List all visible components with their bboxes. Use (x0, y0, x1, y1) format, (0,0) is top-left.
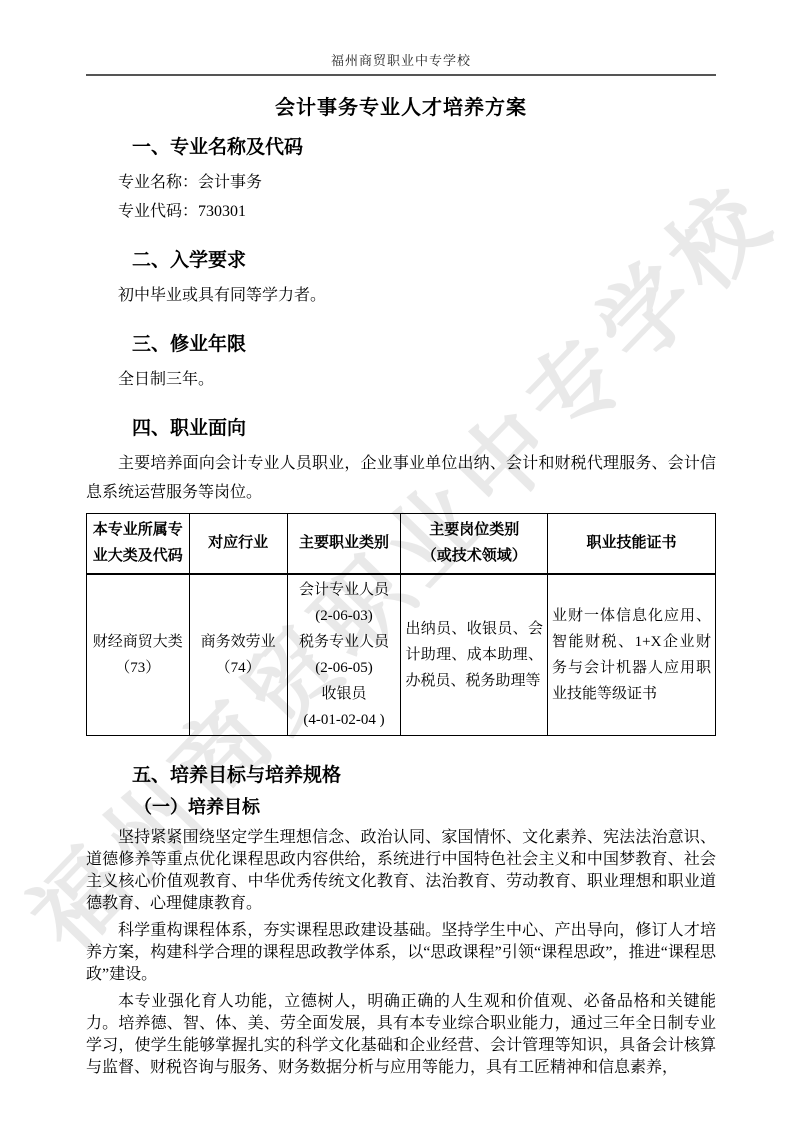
page-number: 1 (0, 1038, 794, 1054)
career-table-body: 财经商贸大类 （73） 商务效劳业 （74） 会计专业人员 (2-06-03) … (87, 574, 716, 736)
training-goal-paragraph-2: 科学重构课程体系，夯实课程思政建设基础。坚持学生中心、产出导向，修订人才培养方案… (86, 920, 716, 986)
table-row: 财经商贸大类 （73） 商务效劳业 （74） 会计专业人员 (2-06-03) … (87, 574, 716, 736)
section-4-heading: 四、职业面向 (132, 417, 716, 441)
document-page: 福州商贸职业中专学校 福州商贸职业中专学校 会计事务专业人才培养方案 一、专业名… (0, 0, 794, 1123)
cell-major-category: 财经商贸大类 （73） (87, 574, 190, 736)
training-goal-paragraph-1: 坚持紧紧围绕坚定学生理想信念、政治认同、家国情怀、文化素养、宪法法治意识、道德修… (86, 827, 716, 915)
study-duration-line: 全日制三年。 (86, 365, 716, 394)
cell-occupation-type: 会计专业人员 (2-06-03) 税务专业人员 (2-06-05) 收银员 (4… (287, 574, 401, 736)
training-goal-paragraph-3: 本专业强化育人功能，立德树人，明确正确的人生观和价值观、必备品格和关键能力。培养… (86, 991, 716, 1079)
section-5-heading: 五、培养目标与培养规格 (132, 764, 716, 788)
document-title: 会计事务专业人才培养方案 (86, 91, 716, 120)
section-1-heading: 一、专业名称及代码 (132, 136, 716, 160)
section-3-heading: 三、修业年限 (132, 333, 716, 357)
section-2-heading: 二、入学要求 (132, 249, 716, 273)
header-certificate: 职业技能证书 (548, 514, 716, 574)
cell-post-type: 出纳员、收银员、会计助理、成本助理、办税员、税务助理等 (401, 574, 548, 736)
cell-industry: 商务效劳业 （74） (189, 574, 287, 736)
header-occupation-type: 主要职业类别 (287, 514, 401, 574)
header-post-type: 主要岗位类别 （或技术领域） (401, 514, 548, 574)
header-major-category: 本专业所属专业大类及代码 (87, 514, 190, 574)
document-content: 福州商贸职业中专学校 会计事务专业人才培养方案 一、专业名称及代码 专业名称：会… (0, 0, 794, 1079)
career-table-header-row: 本专业所属专业大类及代码 对应行业 主要职业类别 主要岗位类别 （或技术领域） … (87, 514, 716, 574)
career-orientation-paragraph: 主要培养面向会计专业人员职业，企业事业单位出纳、会计和财税代理服务、会计信息系统… (86, 449, 716, 507)
major-code-line: 专业代码：730301 (86, 197, 716, 226)
header-industry: 对应行业 (189, 514, 287, 574)
section-5-sub-heading: （一）培养目标 (134, 796, 716, 819)
entry-requirement-line: 初中毕业或具有同等学力者。 (86, 281, 716, 310)
page-header-school-name: 福州商贸职业中专学校 (86, 0, 716, 76)
major-name-line: 专业名称：会计事务 (86, 168, 716, 197)
career-orientation-table: 本专业所属专业大类及代码 对应行业 主要职业类别 主要岗位类别 （或技术领域） … (86, 513, 716, 736)
cell-certificate: 业财一体信息化应用、智能财税、1+X企业财务与会计机器人应用职业技能等级证书 (548, 574, 716, 736)
